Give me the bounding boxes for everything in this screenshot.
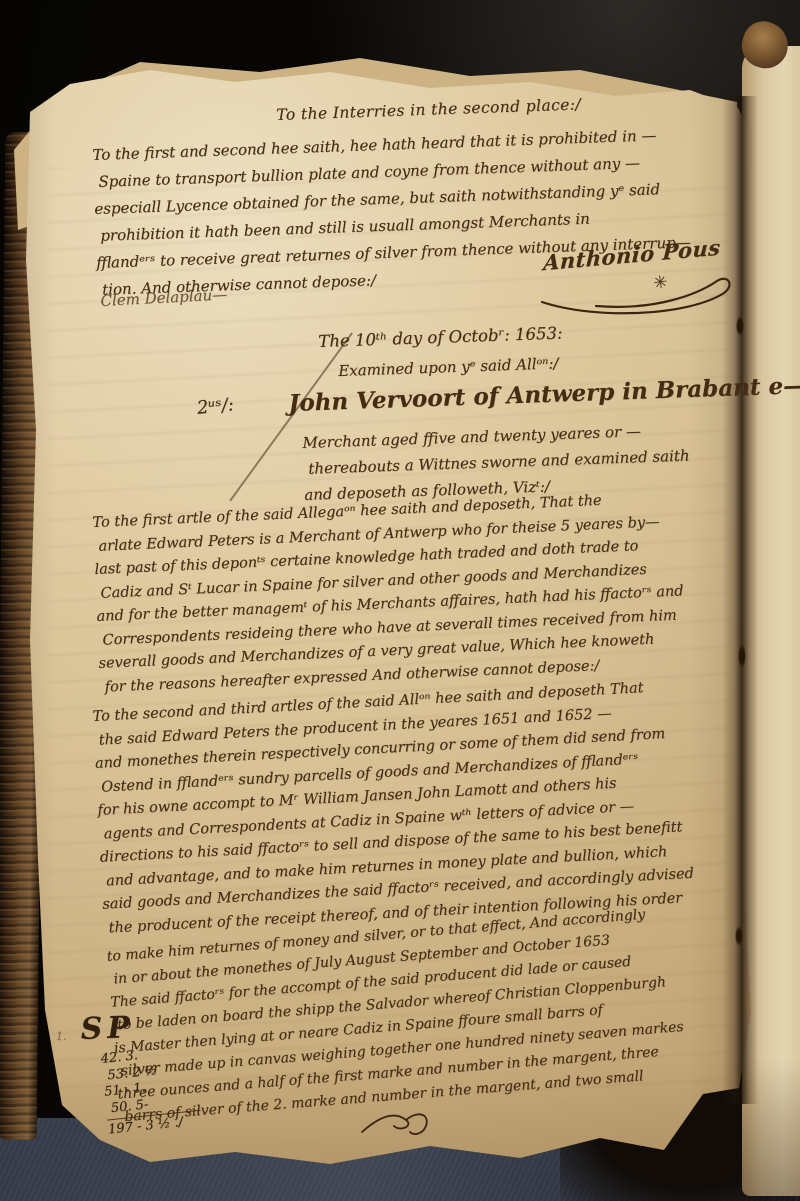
session-date-line: The 10ᵗʰ day of Octobʳ: 1653: <box>318 323 563 351</box>
margin-weight-figures: 42. 3.53. 2 ½51 - 1.50. 5- 197 - 3 ½ ./ <box>100 1042 203 1139</box>
section-heading: To the Interries in the second place:/ <box>276 95 581 124</box>
handwriting-layer: To the Interries in the second place:/ T… <box>0 0 800 1201</box>
weight-list: 42. 3.53. 2 ½51 - 1.50. 5- <box>100 1042 200 1117</box>
examined-line: Examined upon yᵉ said Allᵒⁿ:/ <box>338 354 559 380</box>
witness-number-margin: 2ᵘˢ/: <box>196 394 235 419</box>
signature-flourish-swash <box>538 266 753 318</box>
manuscript-photo: To the Interries in the second place:/ T… <box>0 0 800 1201</box>
article-1-paragraph: To the first artle of the said Allegaᵒⁿ … <box>92 486 687 699</box>
closing-paraph-icon <box>356 1102 440 1144</box>
silver-bar-mark: SP <box>80 1010 135 1047</box>
signature-starburst-icon: ✳ <box>652 272 669 294</box>
articles-2-3-paragraph-upper: To the second and third artles of the sa… <box>92 675 696 941</box>
margin-folio-note: 1. <box>56 1030 67 1043</box>
